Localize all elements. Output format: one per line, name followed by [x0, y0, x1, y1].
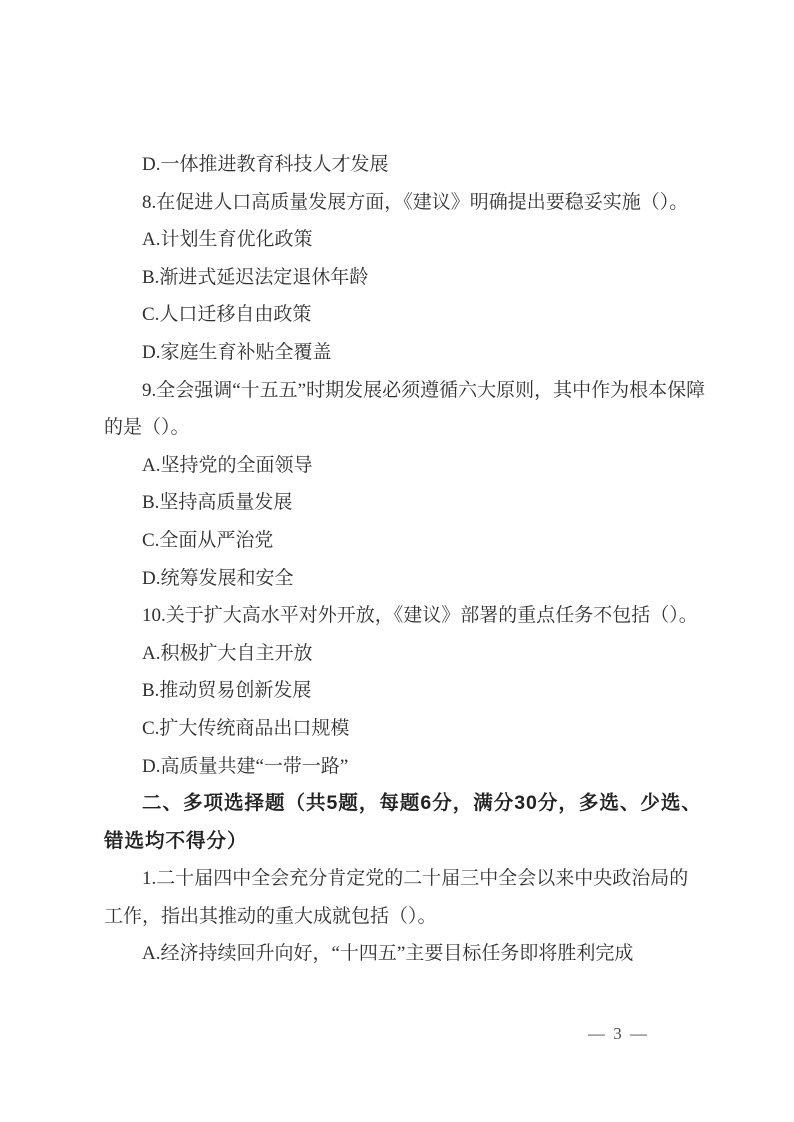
q9-stem-line2: 的是（）。 — [104, 409, 716, 447]
q8-option-a: A.计划生育优化政策 — [104, 221, 716, 259]
q9-option-b: B.坚持高质量发展 — [104, 484, 716, 522]
section2-q1-stem-line2: 工作，指出其推动的重大成就包括（）。 — [104, 898, 716, 936]
q8-stem: 8.在促进人口高质量发展方面，《建议》明确提出要稳妥实施（）。 — [104, 184, 716, 222]
section2-q1-option-a: A.经济持续回升向好，“十四五”主要目标任务即将胜利完成 — [104, 935, 716, 973]
document-page: D.一体推进教育科技人才发展 8.在促进人口高质量发展方面，《建议》明确提出要稳… — [0, 0, 794, 1122]
q9-option-c: C.全面从严治党 — [104, 522, 716, 560]
page-number: — 3 — — [588, 1024, 649, 1044]
page-footer: — 3 — — [0, 1024, 794, 1054]
q10-option-a: A.积极扩大自主开放 — [104, 635, 716, 673]
q9-option-d: D.统筹发展和安全 — [104, 560, 716, 598]
q8-option-b: B.渐进式延迟法定退休年龄 — [104, 259, 716, 297]
q7-option-d: D.一体推进教育科技人才发展 — [104, 146, 716, 184]
q10-stem: 10.关于扩大高水平对外开放，《建议》部署的重点任务不包括（）。 — [104, 597, 716, 635]
q8-option-c: C.人口迁移自由政策 — [104, 296, 716, 334]
q8-option-d: D.家庭生育补贴全覆盖 — [104, 334, 716, 372]
section-two-heading-line1: 二、多项选择题（共5题，每题6分，满分30分，多选、少选、 — [104, 785, 716, 823]
q10-option-b: B.推动贸易创新发展 — [104, 672, 716, 710]
q10-option-d: D.高质量共建“一带一路” — [104, 748, 716, 786]
section2-q1-stem-line1: 1.二十届四中全会充分肯定党的二十届三中全会以来中央政治局的 — [104, 860, 716, 898]
exam-content: D.一体推进教育科技人才发展 8.在促进人口高质量发展方面，《建议》明确提出要稳… — [104, 146, 716, 973]
q9-option-a: A.坚持党的全面领导 — [104, 447, 716, 485]
q10-option-c: C.扩大传统商品出口规模 — [104, 710, 716, 748]
q9-stem-line1: 9.全会强调“十五五”时期发展必须遵循六大原则，其中作为根本保障 — [104, 372, 716, 410]
section-two-heading-line2: 错选均不得分） — [104, 823, 716, 861]
